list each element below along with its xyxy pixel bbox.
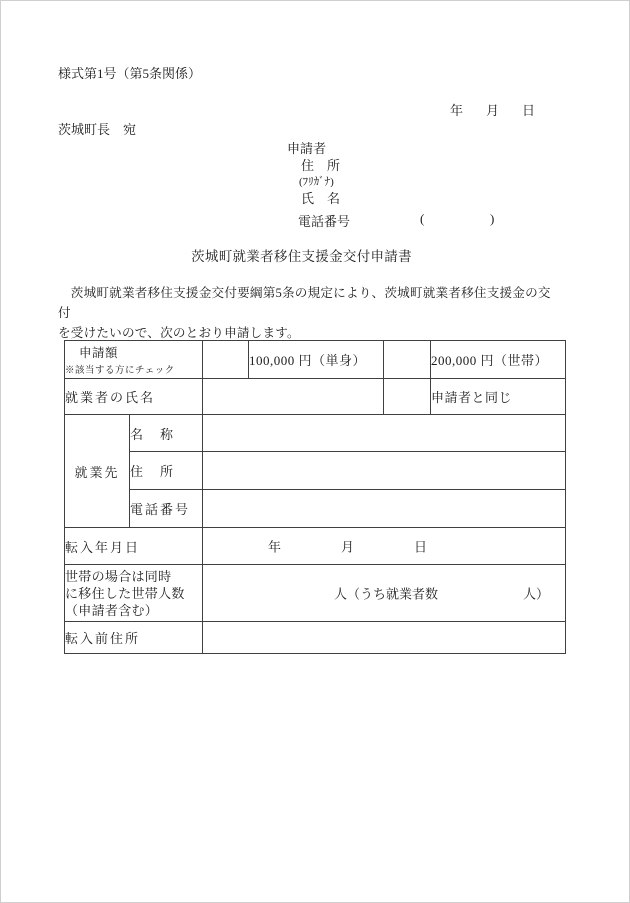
movein-year-unit: 年: [268, 537, 281, 556]
amount-option-single: 100,000 円（単身）: [249, 341, 384, 379]
applicant-address-label: 住 所: [301, 155, 340, 174]
amount-label-cell: 申請額 ※該当する方にチェック: [65, 341, 203, 379]
workplace-name-input-cell: [203, 415, 566, 452]
previous-address-label: 転入前住所: [65, 622, 203, 654]
checkbox-cell-single: [203, 341, 249, 379]
phone-open-paren: (: [420, 211, 424, 227]
application-table: 申請額 ※該当する方にチェック 100,000 円（単身） 200,000 円（…: [64, 340, 566, 654]
amount-check-note: ※該当する方にチェック: [65, 362, 202, 376]
workplace-name-label: 名 称: [130, 415, 203, 452]
previous-address-row: 転入前住所: [65, 622, 566, 654]
worker-name-row: 就業者の氏名 申請者と同じ: [65, 379, 566, 415]
workplace-phone-label: 電話番号: [130, 490, 203, 528]
checkbox-cell-same-as-applicant: [384, 379, 431, 415]
amount-label: 申請額: [79, 343, 202, 361]
checkbox-cell-household: [384, 341, 431, 379]
document-title: 茨城町就業者移住支援金交付申請書: [0, 245, 603, 265]
workplace-address-label: 住 所: [130, 452, 203, 490]
applicant-name-label: 氏 名: [301, 188, 340, 207]
household-count-label: 世帯の場合は同時 に移住した世帯人数 （申請者含む）: [65, 565, 203, 622]
same-as-applicant-label: 申請者と同じ: [431, 379, 566, 415]
worker-name-input-cell: [203, 379, 384, 415]
addressee: 茨城町長 宛: [58, 119, 136, 138]
form-number: 様式第1号（第5条関係）: [58, 63, 201, 82]
amount-row: 申請額 ※該当する方にチェック 100,000 円（単身） 200,000 円（…: [65, 341, 566, 379]
movein-date-label: 転入年月日: [65, 528, 203, 565]
workplace-label: 就業先: [65, 415, 130, 528]
workplace-name-row: 就業先 名 称: [65, 415, 566, 452]
applicant-furigana-label: (ﾌﾘｶﾞﾅ): [299, 173, 334, 189]
date-line: 年 月 日: [450, 100, 535, 119]
household-count-row: 世帯の場合は同時 に移住した世帯人数 （申請者含む） 人（うち就業者数 人）: [65, 565, 566, 622]
previous-address-input-cell: [203, 622, 566, 654]
workplace-phone-input-cell: [203, 490, 566, 528]
movein-date-row: 転入年月日 年 月 日: [65, 528, 566, 565]
household-workers-close-unit: 人）: [523, 584, 549, 603]
worker-name-label: 就業者の氏名: [65, 379, 203, 415]
workplace-phone-row: 電話番号: [65, 490, 566, 528]
workplace-address-input-cell: [203, 452, 566, 490]
date-year-unit: 年: [450, 100, 463, 119]
applicant-phone-label: 電話番号: [298, 211, 350, 230]
date-month-unit: 月: [486, 100, 499, 119]
amount-option-household: 200,000 円（世帯）: [431, 341, 566, 379]
phone-close-paren: ): [490, 211, 494, 227]
date-day-unit: 日: [522, 100, 535, 119]
movein-day-unit: 日: [414, 537, 427, 556]
movein-month-unit: 月: [341, 537, 354, 556]
workplace-address-row: 住 所: [65, 452, 566, 490]
household-people-unit: 人（うち就業者数: [334, 584, 438, 603]
body-paragraph: 茨城町就業者移住支援金交付要綱第5条の規定により、茨城町就業者移住支援金の交付 …: [58, 283, 558, 343]
form-document-page: 様式第1号（第5条関係） 年 月 日 茨城町長 宛 申請者 住 所 (ﾌﾘｶﾞﾅ…: [0, 0, 630, 903]
movein-date-input-cell: 年 月 日: [203, 528, 566, 565]
household-count-input-cell: 人（うち就業者数 人）: [203, 565, 566, 622]
